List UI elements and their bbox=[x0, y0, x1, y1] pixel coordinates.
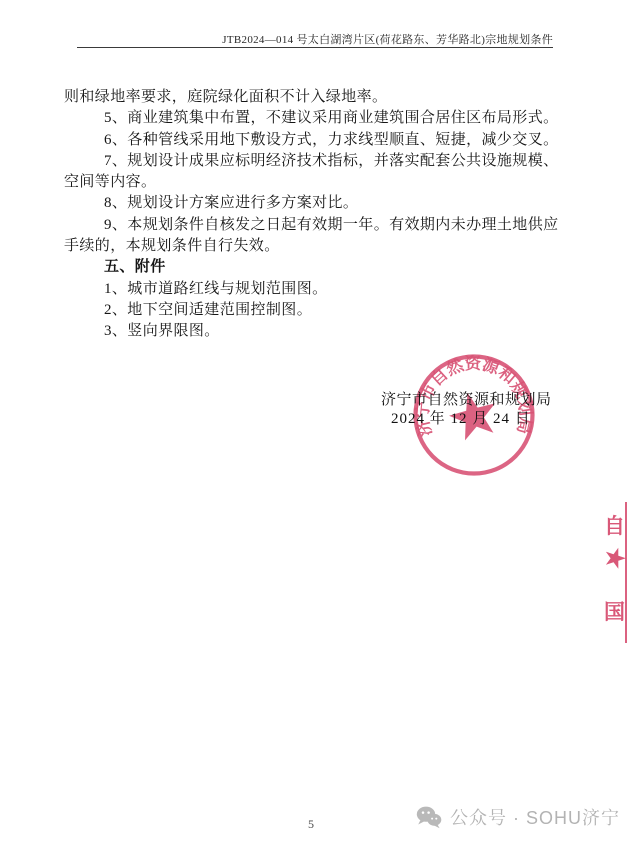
attachment-item: 3、竖向界限图。 bbox=[64, 321, 556, 342]
attachment-item: 2、地下空间适建范围控制图。 bbox=[64, 300, 556, 321]
header-doc-ref: JTB2024—014 号太白湖湾片区(荷花路东、芳华路北)宗地规划条件 bbox=[222, 31, 553, 47]
wechat-icon bbox=[416, 805, 442, 830]
attachment-item: 1、城市道路红线与规划范围图。 bbox=[64, 279, 556, 300]
document-body: 则和绿地率要求，庭院绿化面积不计入绿地率。 5、商业建筑集中布置，不建议采用商业… bbox=[64, 87, 556, 343]
section-heading-attachments: 五、附件 bbox=[64, 257, 556, 278]
body-line: 7、规划设计成果应标明经济技术指标，并落实配套公共设施规模、 bbox=[64, 151, 556, 172]
body-line: 手续的，本规划条件自行失效。 bbox=[64, 236, 556, 257]
document-page: JTB2024—014 号太白湖湾片区(荷花路东、芳华路北)宗地规划条件 则和绿… bbox=[0, 0, 628, 844]
edge-seal-char: 自 bbox=[604, 510, 625, 540]
body-line: 6、各种管线采用地下敷设方式，力求线型顺直、短捷，减少交叉。 bbox=[64, 130, 556, 151]
signature-date: 2024 年 12 月 24 日 bbox=[391, 407, 531, 428]
body-line: 5、商业建筑集中布置，不建议采用商业建筑围合居住区布局形式。 bbox=[64, 108, 556, 129]
body-line: 空间等内容。 bbox=[64, 172, 556, 193]
signature-agency: 济宁市自然资源和规划局 bbox=[381, 388, 552, 409]
watermark-text: 公众号 · SOHU济宁 bbox=[450, 804, 620, 830]
page-number: 5 bbox=[308, 817, 314, 832]
watermark: 公众号 · SOHU济宁 bbox=[416, 804, 620, 830]
body-line: 则和绿地率要求，庭院绿化面积不计入绿地率。 bbox=[64, 87, 556, 108]
header-rule bbox=[77, 47, 553, 48]
edge-seal-char: 国 bbox=[604, 596, 625, 626]
edge-partial-seal: 自 ★ 国 bbox=[602, 500, 628, 645]
body-line: 9、本规划条件自核发之日起有效期一年。有效期内未办理土地供应 bbox=[64, 215, 556, 236]
body-line: 8、规划设计方案应进行多方案对比。 bbox=[64, 193, 556, 214]
